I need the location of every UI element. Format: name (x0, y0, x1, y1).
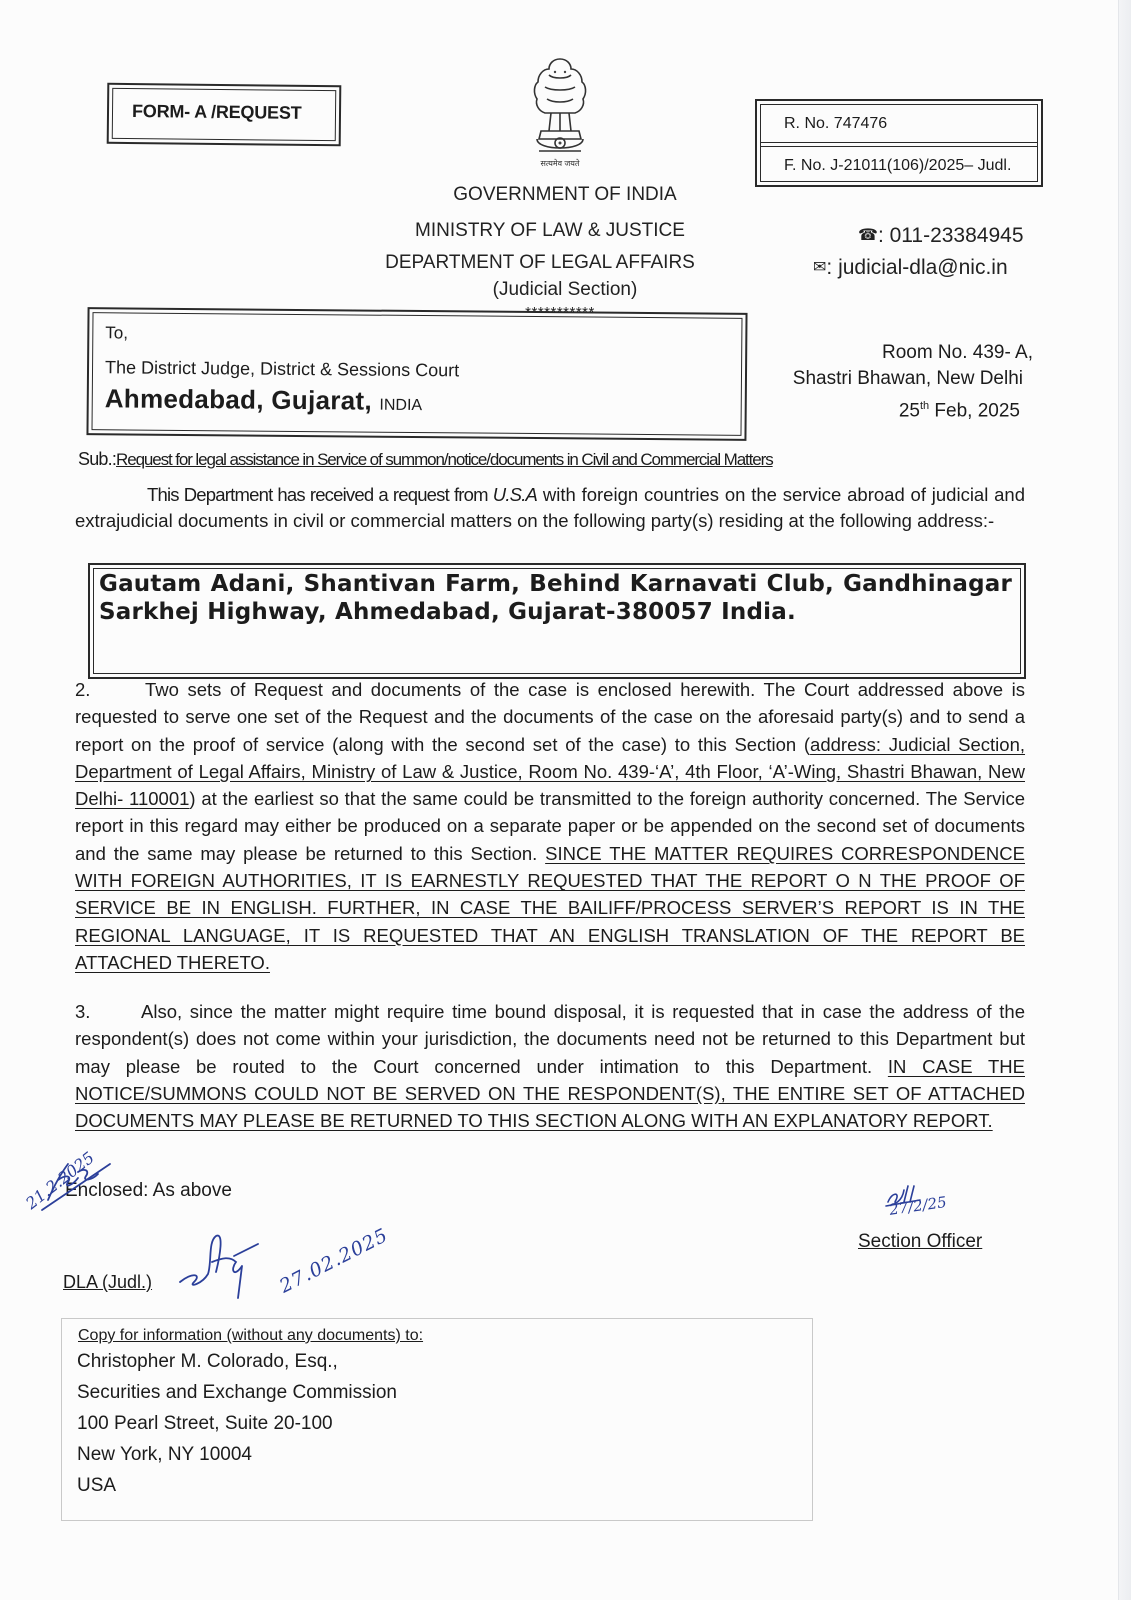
copy-recipient-name: Christopher M. Colorado, Esq., (77, 1351, 338, 1373)
sender-building: Shastri Bhawan, New Delhi (763, 368, 1023, 390)
addressee-city: Ahmedabad, Gujarat, INDIA (105, 383, 423, 417)
paragraph-2: 2.Two sets of Request and documents of t… (75, 676, 1025, 976)
addressee-box: To, The District Judge, District & Sessi… (86, 307, 747, 441)
subject-text: Request for legal assistance in Service … (116, 450, 773, 469)
copy-to-title: Copy for information (without any docume… (78, 1327, 423, 1345)
form-label-box: FORM- A /REQUEST (107, 83, 342, 146)
addressee-judge: The District Judge, District & Sessions … (105, 357, 459, 381)
subject-label: Sub.: (78, 449, 116, 469)
contact-email: ✉: judicial-dla@nic.in (813, 256, 1008, 280)
emblem-motto: सत्यमेव जयते (528, 158, 592, 169)
header-department: DEPARTMENT OF LEGAL AFFAIRS (380, 252, 700, 274)
dla-signature-date: 27.02.2025 (276, 1224, 392, 1298)
phone-number: : 011-23384945 (878, 224, 1024, 247)
dla-label: DLA (Judl.) (63, 1272, 152, 1293)
copy-to-box: Copy for information (without any docume… (61, 1318, 813, 1521)
section-officer-label: Section Officer (858, 1231, 982, 1253)
reference-r-no: R. No. 747476 (784, 115, 887, 133)
document-page: FORM- A /REQUEST सत्यमेव जयते GOVERNMENT… (0, 0, 1131, 1600)
party-address: Gautam Adani, Shantivan Farm, Behind Kar… (99, 570, 1012, 626)
intro-paragraph: This Department has received a request f… (75, 482, 1025, 534)
party-address-box: Gautam Adani, Shantivan Farm, Behind Kar… (88, 563, 1026, 679)
copy-recipient-country: USA (77, 1475, 116, 1497)
addressee-to: To, (105, 323, 128, 343)
copy-recipient-org: Securities and Exchange Commission (77, 1382, 397, 1404)
copy-recipient-street: 100 Pearl Street, Suite 20-100 (77, 1413, 333, 1435)
header-section: (Judicial Section) (450, 279, 680, 301)
addressee-country: INDIA (379, 397, 422, 414)
header-government: GOVERNMENT OF INDIA (430, 184, 700, 206)
letter-date: 25th Feb, 2025 (760, 400, 1020, 422)
header-ministry: MINISTRY OF LAW & JUSTICE (400, 220, 700, 242)
copy-recipient-city: New York, NY 10004 (77, 1444, 252, 1466)
dla-signature (172, 1222, 262, 1302)
envelope-icon: ✉ (813, 257, 826, 277)
form-label: FORM- A /REQUEST (132, 101, 302, 124)
email-address[interactable]: : judicial-dla@nic.in (826, 256, 1007, 279)
reference-divider (760, 142, 1038, 147)
telephone-icon: ☎ (858, 225, 878, 245)
national-emblem-icon (525, 55, 595, 170)
paragraph-3: 3.Also, since the matter might require t… (75, 998, 1025, 1134)
contact-phone: ☎: 011-23384945 (858, 224, 1024, 248)
page-edge (1118, 0, 1131, 1600)
reference-file-no: F. No. J-21011(106)/2025– Judl. (784, 157, 1011, 175)
subject-line: Sub.:Request for legal assistance in Ser… (78, 449, 773, 470)
sender-room: Room No. 439- A, (773, 342, 1033, 364)
reference-box: R. No. 747476 F. No. J-21011(106)/2025– … (755, 99, 1043, 187)
